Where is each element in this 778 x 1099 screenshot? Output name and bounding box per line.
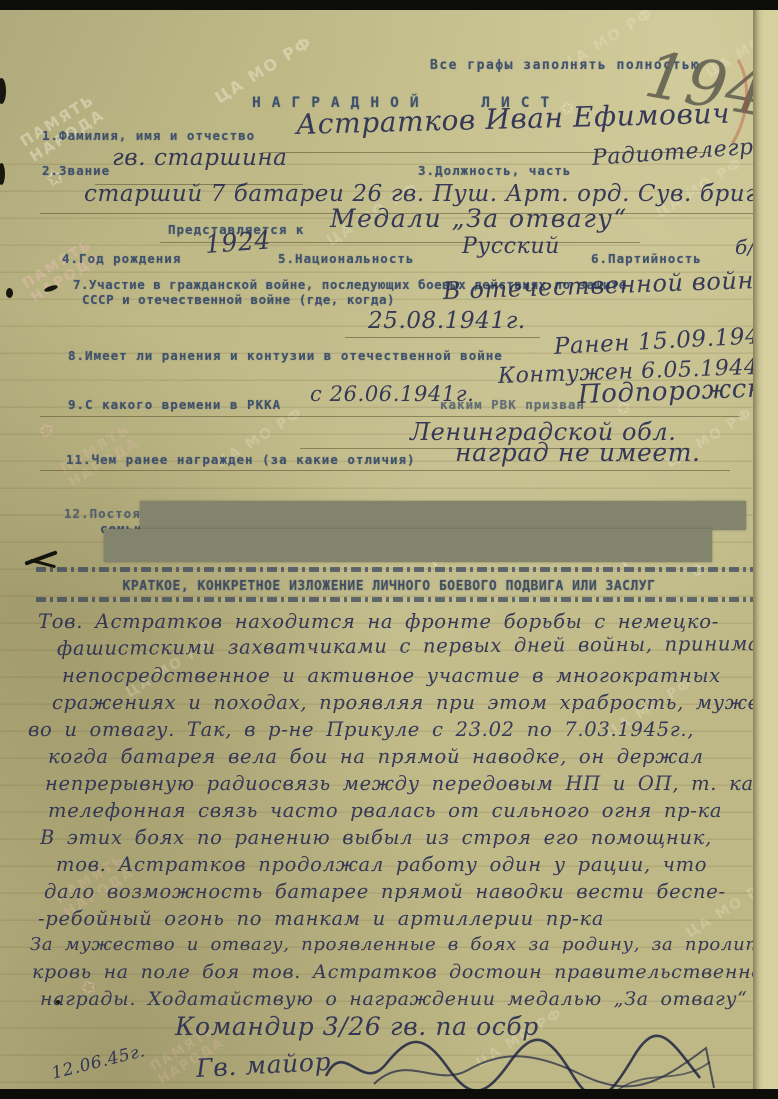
scan-border-bottom — [0, 1089, 778, 1099]
field-2-label: 2.Звание — [42, 163, 110, 178]
citation-line: тов. Астратков продолжал работу один у р… — [56, 853, 707, 876]
page-edge — [753, 0, 778, 1099]
field-9-label: 9.С какого времени в РККА — [68, 397, 281, 412]
citation-line: Тов. Астратков находится на фронте борьб… — [38, 610, 719, 633]
citation-line: В этих боях по ранению выбыл из строя ег… — [40, 826, 712, 849]
citation-line: дало возможность батарее прямой наводки … — [44, 880, 726, 903]
field-4-label: 4.Год рождения — [62, 251, 181, 266]
section-header: КРАТКОЕ, КОНКРЕТНОЕ ИЗЛОЖЕНИЕ ЛИЧНОГО БО… — [0, 579, 778, 594]
field-5-value: Русский — [462, 234, 560, 259]
redaction-box — [104, 529, 712, 562]
citation-line: непосредственное и активное участие в мн… — [62, 664, 721, 687]
redaction-box — [140, 501, 746, 530]
signature-scribble — [318, 1028, 718, 1098]
citation-line: кровь на поле боя тов. Астратков достоин… — [32, 961, 776, 983]
scan-border-top — [0, 0, 778, 10]
form-underline — [345, 337, 540, 338]
document-scan: ПАМЯТЬНАРОДА ПАМЯТЬНАРОДА ЦА МО РФ ЦА МО… — [0, 0, 778, 1099]
form-underline — [40, 470, 730, 471]
form-underline — [40, 416, 740, 417]
field-1-label: 1.Фамилия, имя и отчество — [42, 128, 255, 143]
field-6-label: 6.Партийность — [591, 251, 702, 266]
field-5-label: 5.Национальность — [278, 251, 414, 266]
section-divider — [36, 567, 772, 572]
field-11-label: 11.Чем ранее награжден (за какие отличия… — [66, 452, 416, 467]
citation-line: сражениях и походах, проявляя при этом х… — [52, 691, 778, 714]
citation-line: во и отвагу. Так, в р-не Прикуле с 23.02… — [28, 718, 694, 741]
edge-artifact — [6, 288, 13, 298]
section-divider — [36, 597, 772, 602]
citation-line: когда батарея вела бои на прямой наводке… — [48, 745, 704, 768]
citation-line: телефонная связь часто рвалась от сильно… — [48, 799, 722, 822]
citation-line: награды. Ходатайствую о награждении меда… — [40, 988, 748, 1010]
citation-line: За мужество и отвагу, проявленные в боях… — [30, 934, 778, 955]
field-4-value: 1924 — [204, 225, 272, 259]
field-7-label-line2: СССР и отечественной войне (где, когда) — [82, 292, 395, 307]
citation-line: непрерывную радиосвязь между передовым Н… — [45, 772, 766, 795]
field-8-label: 8.Имеет ли ранения и контузии в отечеств… — [68, 348, 503, 363]
field-10-label: каким РВК призван — [440, 397, 585, 412]
field-11-value: наград не имеет. — [455, 438, 701, 467]
citation-line: -ребойный огонь по танкам и артиллерии п… — [38, 907, 604, 930]
field-3-label: 3.Должность, часть — [418, 163, 571, 178]
presented-value: Медали „За отвагу“ — [330, 204, 628, 233]
field-7-value-line2: 25.08.1941г. — [368, 308, 526, 334]
field-2-value: гв. старшина — [112, 145, 287, 171]
